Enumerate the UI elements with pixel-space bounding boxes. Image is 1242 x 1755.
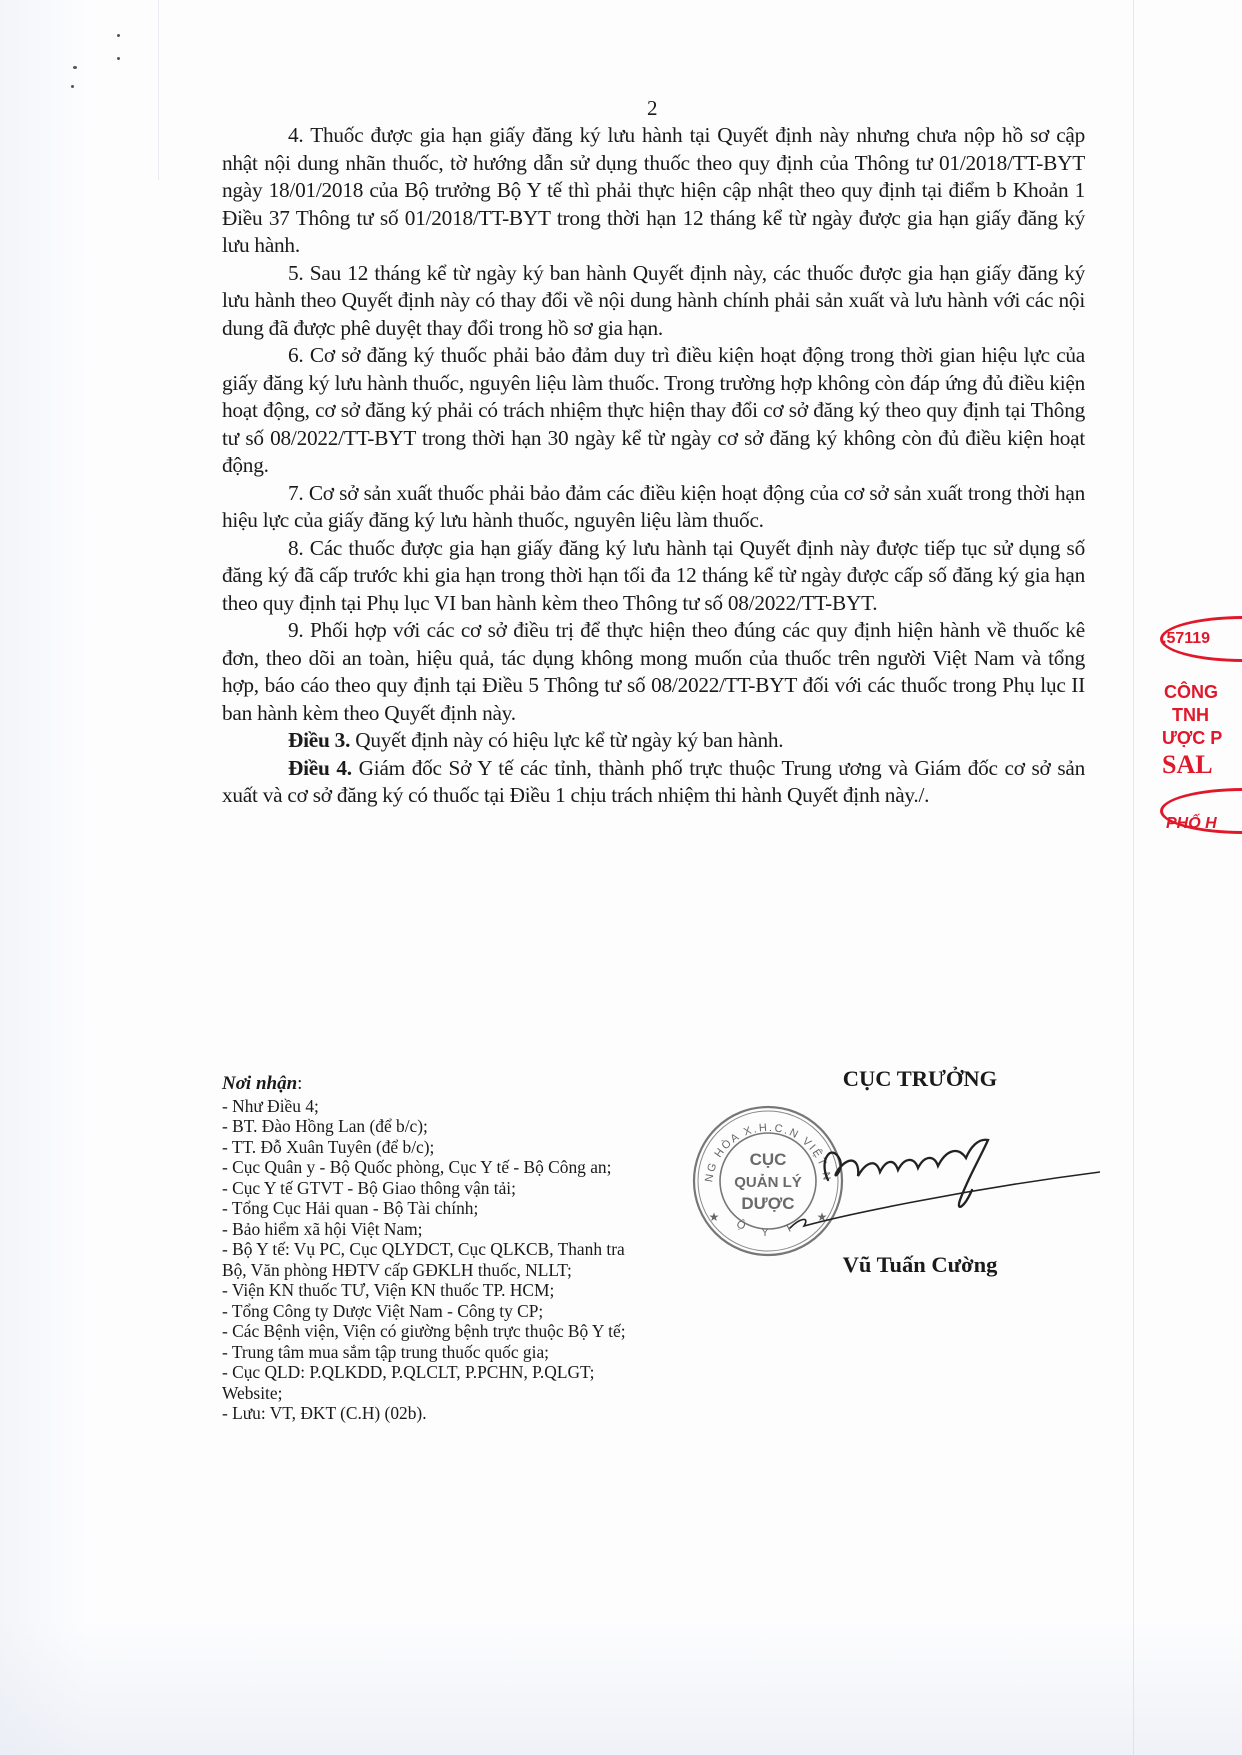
stamp-text: PHỐ H (1166, 815, 1217, 833)
recipient-item: - BT. Đào Hồng Lan (để b/c); (222, 1116, 722, 1137)
document-body: 4. Thuốc được gia hạn giấy đăng ký lưu h… (222, 122, 1085, 810)
svg-text:★: ★ (709, 1210, 720, 1224)
recipients-heading-text: Nơi nhận (222, 1073, 297, 1094)
paragraph-item-9: 9. Phối hợp với các cơ sở điều trị để th… (222, 617, 1085, 727)
scan-speck (73, 66, 77, 69)
recipient-item: - Bộ Y tế: Vụ PC, Cục QLYDCT, Cục QLKCB,… (222, 1239, 722, 1260)
paragraph-item-4: 4. Thuốc được gia hạn giấy đăng ký lưu h… (222, 122, 1085, 260)
recipients-block: Nơi nhận: - Như Điều 4;- BT. Đào Hồng La… (222, 1074, 722, 1424)
article-3-text: Quyết định này có hiệu lực kể từ ngày ký… (350, 728, 783, 752)
recipient-item: - Cục Quân y - Bộ Quốc phòng, Cục Y tế -… (222, 1157, 722, 1178)
signer-title: CỤC TRƯỞNG (820, 1066, 1020, 1092)
paragraph-item-7: 7. Cơ sở sản xuất thuốc phải bảo đảm các… (222, 480, 1085, 535)
recipient-item: - Cục QLD: P.QLKDD, P.QLCLT, P.PCHN, P.Q… (222, 1362, 722, 1383)
recipient-item: - Trung tâm mua sắm tập trung thuốc quốc… (222, 1342, 722, 1363)
scan-speck (117, 57, 120, 60)
article-3: Điều 3. Quyết định này có hiệu lực kể từ… (222, 727, 1085, 755)
recipient-item: - Bảo hiểm xã hội Việt Nam; (222, 1219, 722, 1240)
recipients-list: - Như Điều 4;- BT. Đào Hồng Lan (để b/c)… (222, 1096, 722, 1424)
signer-name: Vũ Tuấn Cường (810, 1252, 1030, 1278)
recipient-item: - Cục Y tế GTVT - Bộ Giao thông vận tải; (222, 1178, 722, 1199)
article-3-label: Điều 3. (288, 728, 350, 752)
page-number: 2 (647, 96, 658, 120)
stamp-text: SAL (1162, 750, 1213, 780)
paragraph-item-6: 6. Cơ sở đăng ký thuốc phải bảo đảm duy … (222, 342, 1085, 480)
recipients-heading: Nơi nhận: (222, 1074, 722, 1095)
scan-speck (71, 85, 74, 88)
stamp-text: .57119 (1162, 630, 1210, 648)
article-4-text: Giám đốc Sở Y tế các tỉnh, thành phố trự… (222, 756, 1085, 808)
paragraph-item-5: 5. Sau 12 tháng kể từ ngày ký ban hành Q… (222, 260, 1085, 343)
paragraph-item-8: 8. Các thuốc được gia hạn giấy đăng ký l… (222, 535, 1085, 618)
recipient-item: - Tổng Cục Hải quan - Bộ Tài chính; (222, 1198, 722, 1219)
recipient-item: Website; (222, 1383, 722, 1404)
recipient-item: - Như Điều 4; (222, 1096, 722, 1117)
recipient-item: - Các Bệnh viện, Viện có giường bệnh trự… (222, 1321, 722, 1342)
article-4-label: Điều 4. (288, 756, 352, 780)
recipient-item: - TT. Đỗ Xuân Tuyên (để b/c); (222, 1137, 722, 1158)
recipient-item: Bộ, Văn phòng HĐTV cấp GĐKLH thuốc, NLLT… (222, 1260, 722, 1281)
signature (780, 1120, 1100, 1240)
recipient-item: - Lưu: VT, ĐKT (C.H) (02b). (222, 1403, 722, 1424)
article-4: Điều 4. Giám đốc Sở Y tế các tỉnh, thành… (222, 755, 1085, 810)
company-stamp-fragment: .57119 CÔNG TNH ƯỢC P SAL PHỐ H (1160, 610, 1242, 840)
stamp-text: TNH (1172, 705, 1209, 726)
stamp-text: ƯỢC P (1162, 728, 1222, 749)
scan-speck (117, 34, 120, 37)
stamp-text: CÔNG (1164, 682, 1218, 703)
scan-edge-line-left (158, 0, 159, 180)
recipient-item: - Viện KN thuốc TƯ, Viện KN thuốc TP. HC… (222, 1280, 722, 1301)
recipients-heading-colon: : (297, 1073, 302, 1094)
recipient-item: - Tổng Công ty Dược Việt Nam - Công ty C… (222, 1301, 722, 1322)
scan-edge-line (1133, 0, 1134, 1755)
